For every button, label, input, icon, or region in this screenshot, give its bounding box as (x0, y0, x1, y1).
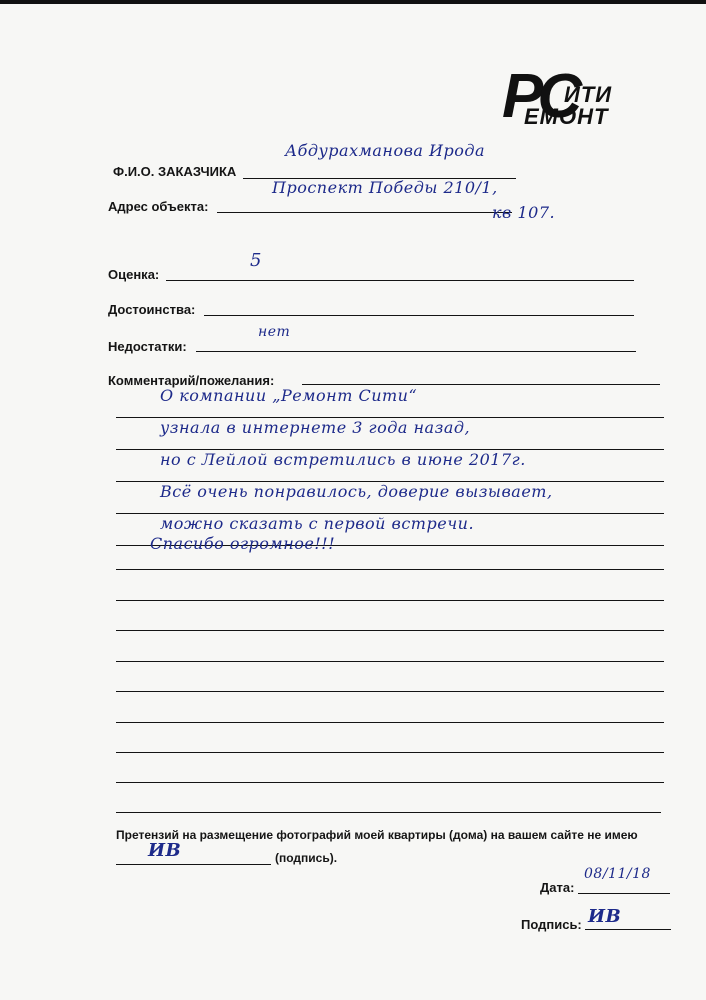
photo-consent-text: Претензий на размещение фотографий моей … (116, 829, 638, 841)
logo-word-top: ИТИ (564, 84, 612, 106)
company-logo: РС ИТИ ЕМОНТ (502, 66, 662, 130)
comment-line-9 (116, 661, 664, 662)
rating-value[interactable]: 5 (250, 252, 262, 270)
disadvantages-label: Недостатки: (108, 340, 187, 353)
comment-text-line[interactable]: Всё очень понравилось, доверие вызывает, (160, 484, 553, 500)
comment-text-line[interactable]: можно сказать с первой встречи. (160, 516, 474, 532)
comment-line-10 (116, 691, 664, 692)
disadvantages-line (196, 351, 636, 352)
rating-label: Оценка: (108, 268, 159, 281)
photo-consent-signature-caption: (подпись). (275, 852, 337, 864)
comment-line-0 (302, 384, 660, 385)
disadvantages-value[interactable]: нет (258, 325, 290, 339)
comment-text-line[interactable]: О компании „Ремонт Сити“ (160, 388, 417, 404)
comment-line-6 (116, 569, 664, 570)
comment-text-line[interactable]: Спасибо огромное!!! (150, 536, 335, 552)
logo-word-bottom: ЕМОНТ (524, 106, 608, 128)
signature-value[interactable]: ИВ (588, 908, 621, 926)
comment-line-13 (116, 782, 664, 783)
customer-name-label: Ф.И.О. ЗАКАЗЧИКА (113, 165, 236, 178)
address-value-line1[interactable]: Проспект Победы 210/1, (272, 180, 498, 196)
date-label: Дата: (540, 881, 574, 894)
comment-line-8 (116, 630, 664, 631)
comment-line-14 (116, 812, 661, 813)
comment-line-7 (116, 600, 664, 601)
comment-line-12 (116, 752, 664, 753)
signature-line (585, 929, 671, 930)
advantages-line (204, 315, 634, 316)
signature-label: Подпись: (521, 918, 582, 931)
comment-text-line[interactable]: узнала в интернете 3 года назад, (160, 420, 470, 436)
rating-line (166, 280, 634, 281)
date-line (578, 893, 670, 894)
date-value[interactable]: 08/11/18 (584, 867, 651, 881)
comment-text-line[interactable]: но с Лейлой встретились в июне 2017г. (160, 452, 526, 468)
address-value-line2[interactable]: кв 107. (492, 205, 555, 221)
address-line (217, 212, 512, 213)
comment-line-11 (116, 722, 664, 723)
advantages-label: Достоинства: (108, 303, 195, 316)
photo-consent-signature[interactable]: ИВ (148, 842, 181, 860)
photo-consent-signature-line (116, 864, 271, 865)
address-label: Адрес объекта: (108, 200, 208, 213)
customer-name-value[interactable]: Абдурахманова Ирода (285, 143, 485, 159)
